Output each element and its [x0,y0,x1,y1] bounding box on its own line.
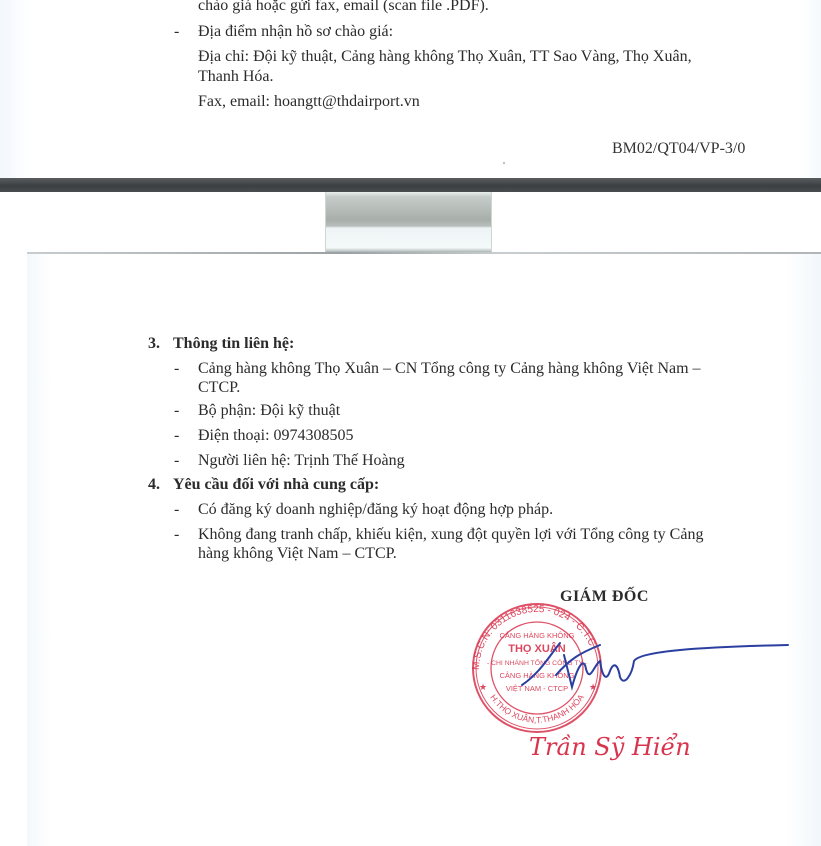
continuation-text: chào giá hoặc gửi fax, email (scan file … [198,0,489,16]
fax-email-line: Fax, email: hoangtt@thdairport.vn [198,92,420,112]
bullet-dash: - [174,451,179,471]
svg-text:H.THỌ XUÂN,T.THANH HÓA: H.THỌ XUÂN,T.THANH HÓA [488,692,586,725]
submission-location-label: Địa điểm nhận hồ sơ chào giá: [198,22,393,42]
page-separator-band [0,178,821,192]
previous-page: chào giá hoặc gửi fax, email (scan file … [0,0,821,178]
requirement-no-dispute-line-2: hàng không Việt Nam – CTCP. [198,544,397,564]
bullet-dash: - [174,500,179,520]
stamp-star-left: ★ [479,682,487,692]
contact-department: Bộ phận: Đội kỹ thuật [198,401,340,421]
scanner-clip-shadow [325,192,492,254]
bullet-dash: - [174,359,179,379]
contact-phone: Điện thoại: 0974308505 [198,426,354,446]
bullet-dash: - [174,22,179,42]
scan-speck [503,162,505,164]
contact-org-line-2: CTCP. [198,378,240,398]
section-3-number: 3. [148,334,160,354]
section-3-title: Thông tin liên hệ: [173,334,294,354]
address-line-2: Thanh Hóa. [198,67,274,87]
section-4-title: Yêu cầu đối với nhà cung cấp: [173,475,379,495]
signer-name: Trần Sỹ Hiển [525,725,705,770]
section-4-number: 4. [148,475,160,495]
requirement-registration: Có đăng ký doanh nghiệp/đăng ký hoạt độn… [198,500,553,520]
bullet-dash: - [174,426,179,446]
address-line-1: Địa chỉ: Đội kỹ thuật, Cảng hàng không T… [198,47,692,67]
stamp-bottom-text: H.THỌ XUÂN,T.THANH HÓA [488,692,586,725]
handwritten-signature [520,635,800,695]
contact-org-line-1: Cảng hàng không Thọ Xuân – CN Tổng công … [198,359,701,379]
requirement-no-dispute-line-1: Không đang tranh chấp, khiếu kiện, xung … [198,525,703,545]
contact-person: Người liên hệ: Trịnh Thế Hoàng [198,451,405,471]
bullet-dash: - [174,401,179,421]
bullet-dash: - [174,525,179,545]
svg-text:Trần Sỹ Hiển: Trần Sỹ Hiển [529,732,691,761]
form-code: BM02/QT04/VP-3/0 [612,140,745,158]
